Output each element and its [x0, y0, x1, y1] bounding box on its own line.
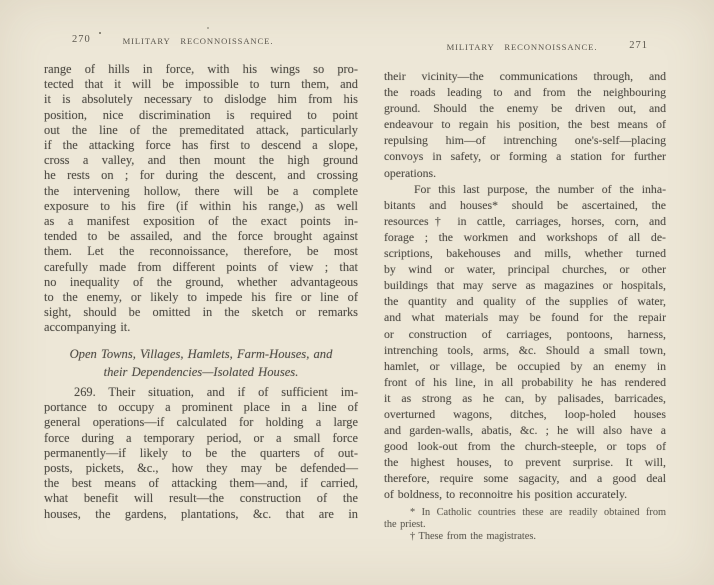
text-line: and garden-walls, abatis, &c. ; he will …: [384, 422, 666, 438]
text-line: houses, the gardens, plantations, &c. th…: [44, 507, 358, 522]
text-line: the intervening hollow, there will be a …: [44, 184, 358, 199]
section-heading-line: Open Towns, Villages, Hamlets, Farm-Hous…: [44, 347, 358, 362]
text-line: of boldness, to reconnoitre his position…: [384, 486, 666, 502]
text-line: resources† in cattle, carriages, horses,…: [384, 213, 666, 229]
text-line: carefully made from different points of …: [44, 260, 358, 275]
text-line: endeavour to regain his position, the be…: [384, 116, 666, 132]
page-number-left: 270: [72, 34, 91, 45]
text-line: and what materials may be found for the …: [384, 309, 666, 325]
text-line: scriptions, bakehouses and mills, whethe…: [384, 245, 666, 261]
page-left-body: range of hills in force, with his wings …: [44, 62, 358, 522]
ink-speck: [207, 27, 209, 29]
text-line: therefore, require some sagacity, and a …: [384, 470, 666, 486]
text-line: their vicinity—the communications throug…: [384, 68, 666, 84]
text-line: tected that it will be impossible to tur…: [44, 77, 358, 92]
page-number-right: 271: [629, 40, 648, 51]
text-line: exposure to his fire (if within his rang…: [44, 199, 358, 214]
text-line: them. Let the reconnoissance, therefore,…: [44, 244, 358, 259]
page-left: 270 MILITARY RECONNOISSANCE. range of hi…: [44, 34, 358, 522]
footnote-line: the priest.: [384, 519, 666, 531]
text-line: no inequality of the ground, whether adv…: [44, 275, 358, 290]
text-line: hamlet, or village, be occupied by an en…: [384, 358, 666, 374]
text-line: operations.: [384, 165, 666, 181]
page-right-body: their vicinity—the communications throug…: [384, 68, 666, 503]
text-line: if the attacking force has first to desc…: [44, 138, 358, 153]
text-line: out the line of the premeditated attack,…: [44, 123, 358, 138]
section-heading-line: their Dependencies—Isolated Houses.: [44, 365, 358, 380]
text-line: to the enemy, or likely to impede his fi…: [44, 290, 358, 305]
text-line: or construction of carriages, pontoons, …: [384, 326, 666, 342]
text-line: forage ; the workmen and workshops of al…: [384, 229, 666, 245]
text-line: tended to be assailed, and the force bro…: [44, 229, 358, 244]
text-line: it is absolutely necessary to dislodge h…: [44, 92, 358, 107]
text-line: intrenching tools, arms, &c. Should a sm…: [384, 342, 666, 358]
text-line: bitants and houses* should be ascertaine…: [384, 197, 666, 213]
footnote-line: * In Catholic countries these are readil…: [384, 507, 666, 519]
text-line: it as strong as he can, by palisades, ba…: [384, 390, 666, 406]
text-line: force during a temporary period, or a sm…: [44, 431, 358, 446]
text-line: posts, pickets, &c., how they may be def…: [44, 461, 358, 476]
text-line: general operations—if calculated for hol…: [44, 415, 358, 430]
text-line: overturned wagons, ditches, loop-holed h…: [384, 406, 666, 422]
page-right-header: MILITARY RECONNOISSANCE. 271: [384, 40, 666, 68]
text-line: convoys in safety, or forming a station …: [384, 148, 666, 164]
text-line: the best means of attacking them—and, if…: [44, 476, 358, 491]
text-line: permanently—if likely to be the quarters…: [44, 446, 358, 461]
text-line: good look-out from the church-steeple, o…: [384, 438, 666, 454]
running-title-left: MILITARY RECONNOISSANCE.: [123, 36, 274, 46]
text-line: buildings that may serve as magazines or…: [384, 277, 666, 293]
text-line: as a manifest exposition of the exact po…: [44, 214, 358, 229]
running-title-right: MILITARY RECONNOISSANCE.: [447, 42, 598, 52]
text-line: the highest houses, to prevent surprise.…: [384, 454, 666, 470]
text-line: sight, should be omitted in the sketch o…: [44, 305, 358, 320]
text-line: he rests on ; for during the descent, an…: [44, 168, 358, 183]
text-line: 269. Their situation, and if of sufficie…: [44, 385, 358, 400]
text-line: repulsing him—of intrenching one's-self—…: [384, 132, 666, 148]
text-line: the roads leading to and from the neighb…: [384, 84, 666, 100]
text-line: range of hills in force, with his wings …: [44, 62, 358, 77]
text-line: portance to occupy a prominent place in …: [44, 400, 358, 415]
text-line: cross a valley, and then mount the high …: [44, 153, 358, 168]
book-spread: 270 MILITARY RECONNOISSANCE. range of hi…: [0, 0, 714, 585]
text-line: front of his line, in all probability he…: [384, 374, 666, 390]
footnotes-section: * In Catholic countries these are readil…: [384, 507, 666, 544]
text-line: accompanying it.: [44, 320, 358, 335]
footnote-line: † These from the magistrates.: [384, 531, 666, 543]
text-line: position, nice discrimination is require…: [44, 108, 358, 123]
text-line: the quantity and quality of the supplies…: [384, 293, 666, 309]
text-line: by wind or water, principal churches, or…: [384, 261, 666, 277]
text-line: ground. Should the enemy be driven out, …: [384, 100, 666, 116]
text-line: what benefit will result—the constructio…: [44, 491, 358, 506]
page-left-header: 270 MILITARY RECONNOISSANCE.: [44, 34, 358, 62]
page-right: MILITARY RECONNOISSANCE. 271 their vicin…: [384, 40, 666, 544]
text-line: For this last purpose, the number of the…: [384, 181, 666, 197]
